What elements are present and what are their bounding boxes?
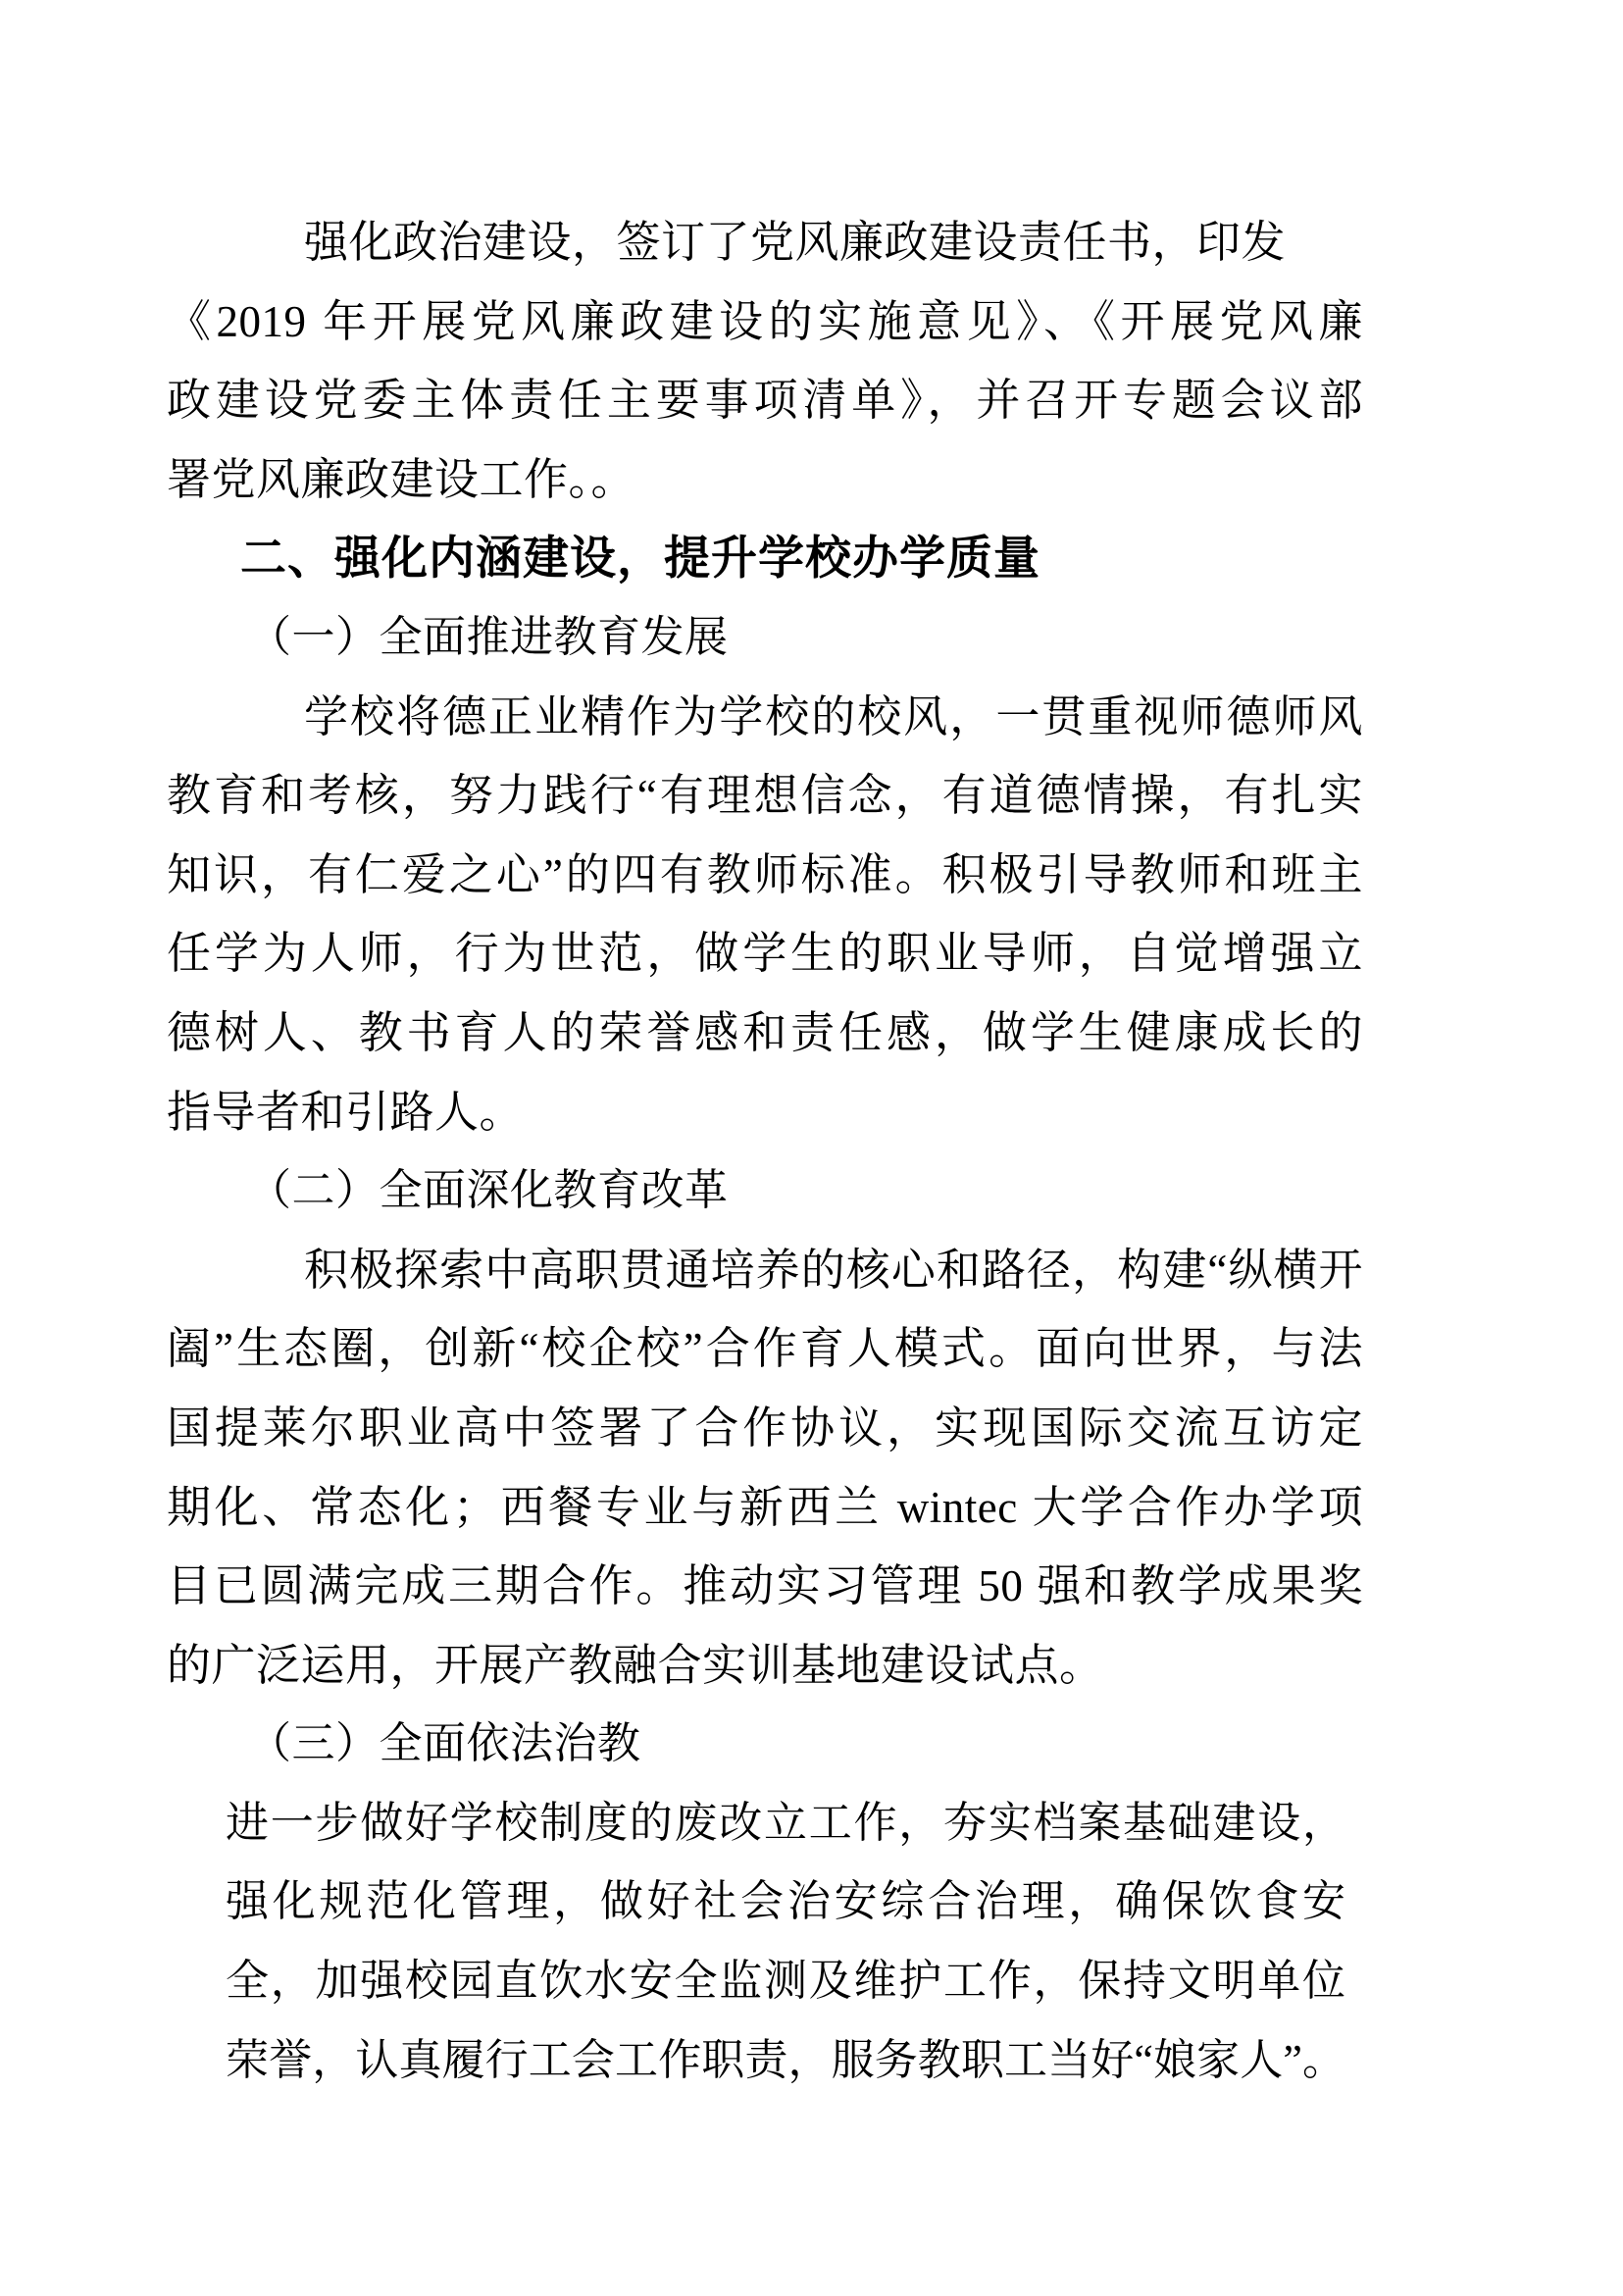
paragraph-line: 强化规范化管理，做好社会治安综合治理，确保饮食安 (226, 1862, 1344, 1942)
subsection-3-paragraph: 进一步做好学校制度的废改立工作，夯实档案基础建设， 强化规范化管理，做好社会治安… (226, 1784, 1344, 2100)
paragraph-line: 署党风廉政建设工作。。 (167, 440, 1363, 520)
paragraph-line: 知识，有仁爱之心”的四有教师标准。积极引导教师和班主 (167, 836, 1363, 915)
paragraph-line: 《2019 年开展党风廉政建设的实施意见》、《开展党风廉 (167, 282, 1363, 362)
paragraph-line: 任学为人师，行为世范，做学生的职业导师，自觉增强立 (167, 914, 1363, 994)
document-page: 强化政治建设，签订了党风廉政建设责任书，印发 《2019 年开展党风廉政建设的实… (0, 0, 1623, 2296)
paragraph-line: 全，加强校园直饮水安全监测及维护工作，保持文明单位 (226, 1942, 1344, 2021)
paragraph-line: 进一步做好学校制度的废改立工作，夯实档案基础建设， (226, 1784, 1344, 1863)
paragraph-line: 期化、常态化；西餐专业与新西兰 wintec 大学合作办学项 (167, 1468, 1363, 1548)
subsection-heading-3: （三）全面依法治教 (248, 1705, 1363, 1784)
subsection-2-paragraph: 积极探索中高职贯通培养的核心和路径，构建“纵横开 阖”生态圈，创新“校企校”合作… (167, 1231, 1363, 1706)
paragraph-line: 德树人、教书育人的荣誉感和责任感，做学生健康成长的 (167, 994, 1363, 1073)
paragraph-line: 学校将德正业精作为学校的校风，一贯重视师德师风 (167, 678, 1363, 757)
subsection-1-paragraph: 学校将德正业精作为学校的校风，一贯重视师德师风 教育和考核，努力践行“有理想信念… (167, 678, 1363, 1152)
paragraph-line: 国提莱尔职业高中签署了合作协议，实现国际交流互访定 (167, 1389, 1363, 1468)
paragraph-line: 指导者和引路人。 (167, 1073, 1363, 1152)
paragraph-line: 强化政治建设，签订了党风廉政建设责任书，印发 (167, 203, 1363, 282)
intro-paragraph: 强化政治建设，签订了党风廉政建设责任书，印发 《2019 年开展党风廉政建设的实… (167, 203, 1363, 519)
paragraph-line: 政建设党委主体责任主要事项清单》，并召开专题会议部 (167, 361, 1363, 440)
paragraph-line: 的广泛运用，开展产教融合实训基地建设试点。 (167, 1626, 1363, 1706)
subsection-heading-1: （一）全面推进教育发展 (248, 598, 1363, 678)
paragraph-line: 目已圆满完成三期合作。推动实习管理 50 强和教学成果奖 (167, 1547, 1363, 1626)
paragraph-line: 教育和考核，努力践行“有理想信念，有道德情操，有扎实 (167, 756, 1363, 836)
paragraph-line: 阖”生态圈，创新“校企校”合作育人模式。面向世界，与法 (167, 1309, 1363, 1389)
subsection-heading-2: （二）全面深化教育改革 (248, 1151, 1363, 1231)
paragraph-line: 积极探索中高职贯通培养的核心和路径，构建“纵横开 (167, 1231, 1363, 1310)
paragraph-line: 荣誉，认真履行工会工作职责，服务教职工当好“娘家人”。 (226, 2021, 1344, 2101)
section-heading: 二、强化内涵建设，提升学校办学质量 (240, 519, 1363, 598)
